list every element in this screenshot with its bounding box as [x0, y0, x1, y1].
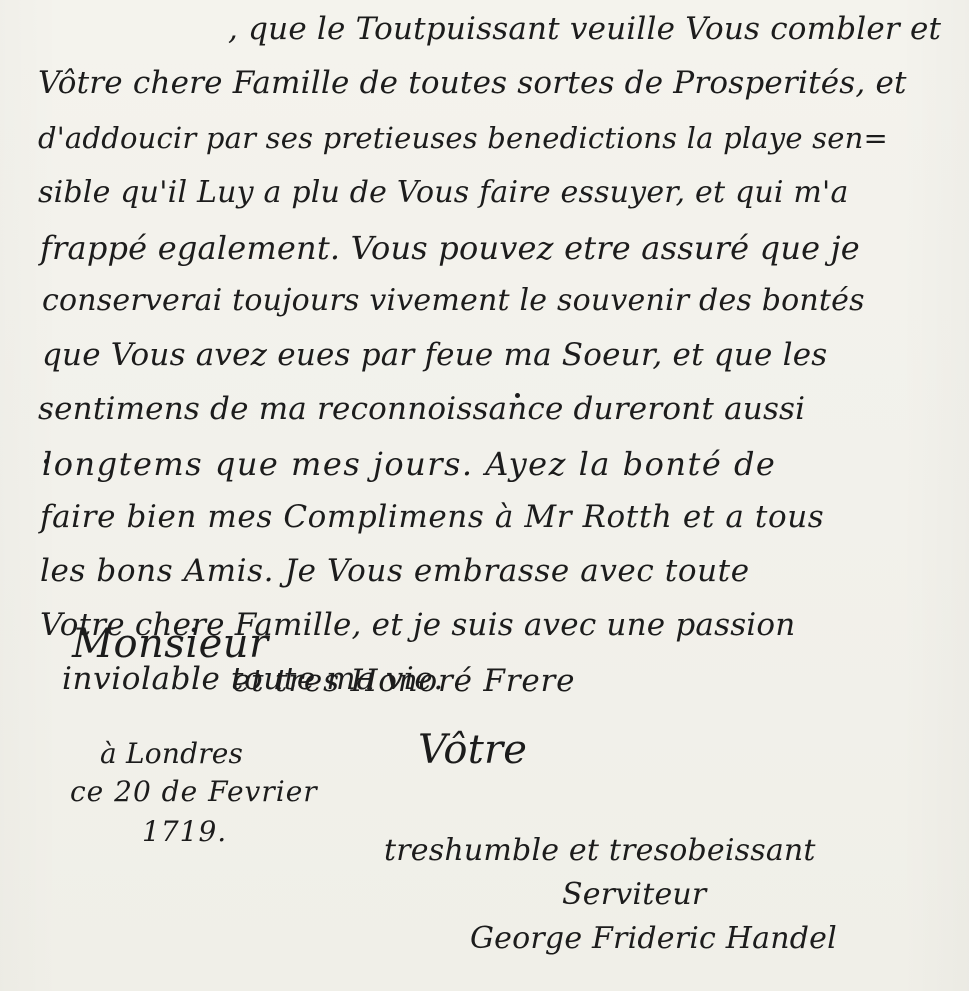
letter-line-2: Vôtre chere Famille de toutes sortes de … — [38, 68, 907, 99]
letter-line-3: d'addoucir par ses pretieuses benedictio… — [38, 124, 888, 153]
closing-humble-line: treshumble et tresobeissant — [384, 836, 816, 866]
letter-line-8: sentimens de ma reconnoissance dureront … — [38, 394, 805, 425]
letter-line-11: les bons Amis. Je Vous embrasse avec tou… — [40, 556, 750, 587]
letter-line-7: que Vous avez eues par feue ma Soeur, et… — [42, 340, 827, 371]
letter-year: 1719. — [142, 818, 227, 846]
closing-salutation-continued: et tres Honoré Frere — [232, 666, 575, 697]
closing-serviteur: Serviteur — [562, 880, 706, 910]
letter-place: à Londres — [100, 740, 243, 768]
letter-date: ce 20 de Fevrier — [70, 778, 318, 806]
letter-line-6: conserverai toujours vivement le souveni… — [42, 286, 865, 316]
closing-salutation: Monsieur — [72, 624, 269, 664]
author-signature: George Frideric Handel — [470, 924, 837, 954]
letter-line-4: sible qu'il Luy a plu de Vous faire essu… — [38, 178, 849, 208]
letter-page: , que le Toutpuissant veuille Vous combl… — [0, 0, 969, 991]
closing-votre: Vôtre — [418, 730, 527, 770]
ink-dot — [515, 393, 520, 398]
letter-line-1: , que le Toutpuissant veuille Vous combl… — [228, 14, 941, 45]
letter-line-5: frappé egalement. Vous pouvez etre assur… — [40, 232, 860, 264]
letter-line-9: longtems que mes jours. Ayez la bonté de — [42, 448, 776, 480]
letter-line-10: faire bien mes Complimens à Mr Rotth et … — [40, 502, 824, 533]
ink-dot — [44, 459, 49, 464]
